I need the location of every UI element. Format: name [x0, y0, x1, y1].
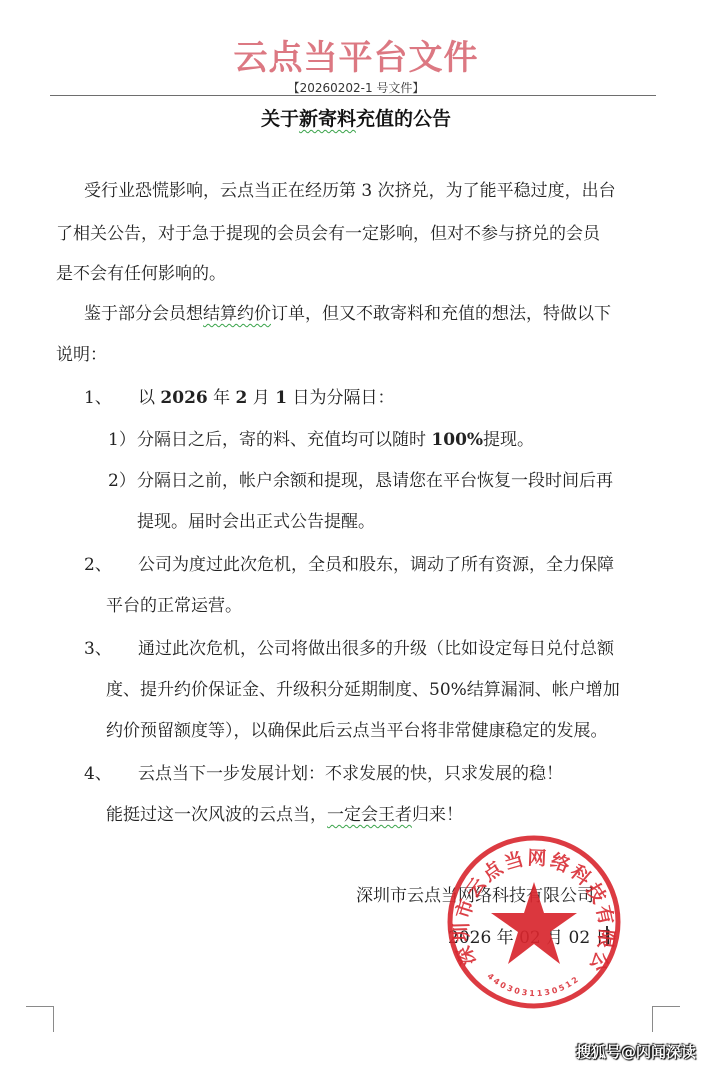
para2-line2: 说明： [56, 343, 107, 367]
item4-line1: 云点当下一步发展计划：不求发展的快，只求发展的稳！ [138, 762, 563, 786]
page-corner-marker-right [652, 1006, 680, 1007]
stamp-star-icon [491, 882, 577, 964]
para1-line2: 了相关公告，对于急于提现的会员会有一定影响，但对不参与挤兑的会员 [56, 222, 600, 246]
page-corner-marker-right-vertical [652, 1006, 653, 1032]
item4-number: 4、 [84, 762, 112, 786]
title-prefix: 关于 [261, 108, 299, 130]
closing-text-a: 能挺过这一次风波的云点当， [106, 805, 327, 825]
subitem1-text: 分隔日之后，寄的料、充值均可以随时 100%提现。 [137, 428, 534, 452]
para1-line3: 是不会有任何影响的。 [56, 262, 226, 286]
subitem1-percent: 100% [431, 430, 483, 450]
item1-part: 日为分隔日： [287, 388, 394, 408]
item1-part: 月 [247, 388, 275, 408]
closing-text-b: 归来！ [412, 805, 463, 825]
org-header-title: 云点当平台文件 [0, 30, 712, 79]
para1-line1: 受行业恐慌影响，云点当正在经历第 3 次挤兑，为了能平稳过度，出台 [84, 179, 616, 203]
item1-text: 以 2026 年 2 月 1 日为分隔日： [138, 386, 394, 410]
item1-number: 1、 [84, 386, 112, 410]
closing-spellcheck-word[interactable]: 一定会王者 [327, 805, 412, 825]
page-corner-marker-left-vertical [53, 1006, 54, 1032]
item2-line2: 平台的正常运营。 [106, 594, 242, 618]
para2-text-a: 鉴于部分会员想 [84, 304, 203, 324]
item3-line3: 约价预留额度等），以确保此后云点当平台将非常健康稳定的发展。 [106, 719, 608, 743]
item1-year: 2026 [160, 388, 207, 408]
para2-line1: 鉴于部分会员想结算约价订单，但又不敢寄料和充值的想法，特做以下 [84, 302, 611, 326]
item1-part: 以 [138, 388, 160, 408]
stamp-number: 4403031130512 [485, 972, 579, 999]
subitem2-number: 2） [108, 469, 136, 493]
source-watermark: 搜狐号@闪闻深读 [576, 1041, 696, 1062]
para2-spellcheck-word[interactable]: 结算约价 [203, 304, 271, 324]
item1-month: 2 [236, 388, 248, 408]
document-title: 关于新寄料充值的公告 [0, 104, 712, 131]
company-seal-stamp: 深圳市云点当网络科技有限公司 4403031130512 [446, 834, 622, 1010]
item2-line1: 公司为度过此次危机，全员和股东，调动了所有资源，全力保障 [138, 553, 614, 577]
item3-line1: 通过此次危机，公司将做出很多的升级（比如设定每日兑付总额 [138, 637, 614, 661]
subitem1-number: 1） [108, 428, 136, 452]
subitem1-text-a: 分隔日之后，寄的料、充值均可以随时 [137, 430, 431, 450]
subitem2-line2: 提现。届时会出正式公告提醒。 [137, 510, 375, 534]
item1-part: 年 [208, 388, 236, 408]
page-corner-marker-left [26, 1006, 54, 1007]
para2-text-b: 订单，但又不敢寄料和充值的想法，特做以下 [271, 304, 611, 324]
item3-number: 3、 [84, 637, 112, 661]
closing-line: 能挺过这一次风波的云点当，一定会王者归来！ [106, 803, 463, 827]
subitem2-line1: 分隔日之前，帐户余额和提现，恳请您在平台恢复一段时间后再 [137, 469, 613, 493]
subitem1-text-b: 提现。 [483, 430, 534, 450]
document-number: 【20260202-1 号文件】 [0, 79, 712, 96]
item1-day: 1 [275, 388, 287, 408]
item2-number: 2、 [84, 553, 112, 577]
title-spellcheck-word[interactable]: 新寄料 [299, 108, 356, 130]
item3-line2: 度、提升约价保证金、升级积分延期制度、50%结算漏洞、帐户增加 [106, 678, 620, 702]
header-divider [50, 95, 656, 96]
title-suffix: 充值的公告 [356, 108, 451, 130]
